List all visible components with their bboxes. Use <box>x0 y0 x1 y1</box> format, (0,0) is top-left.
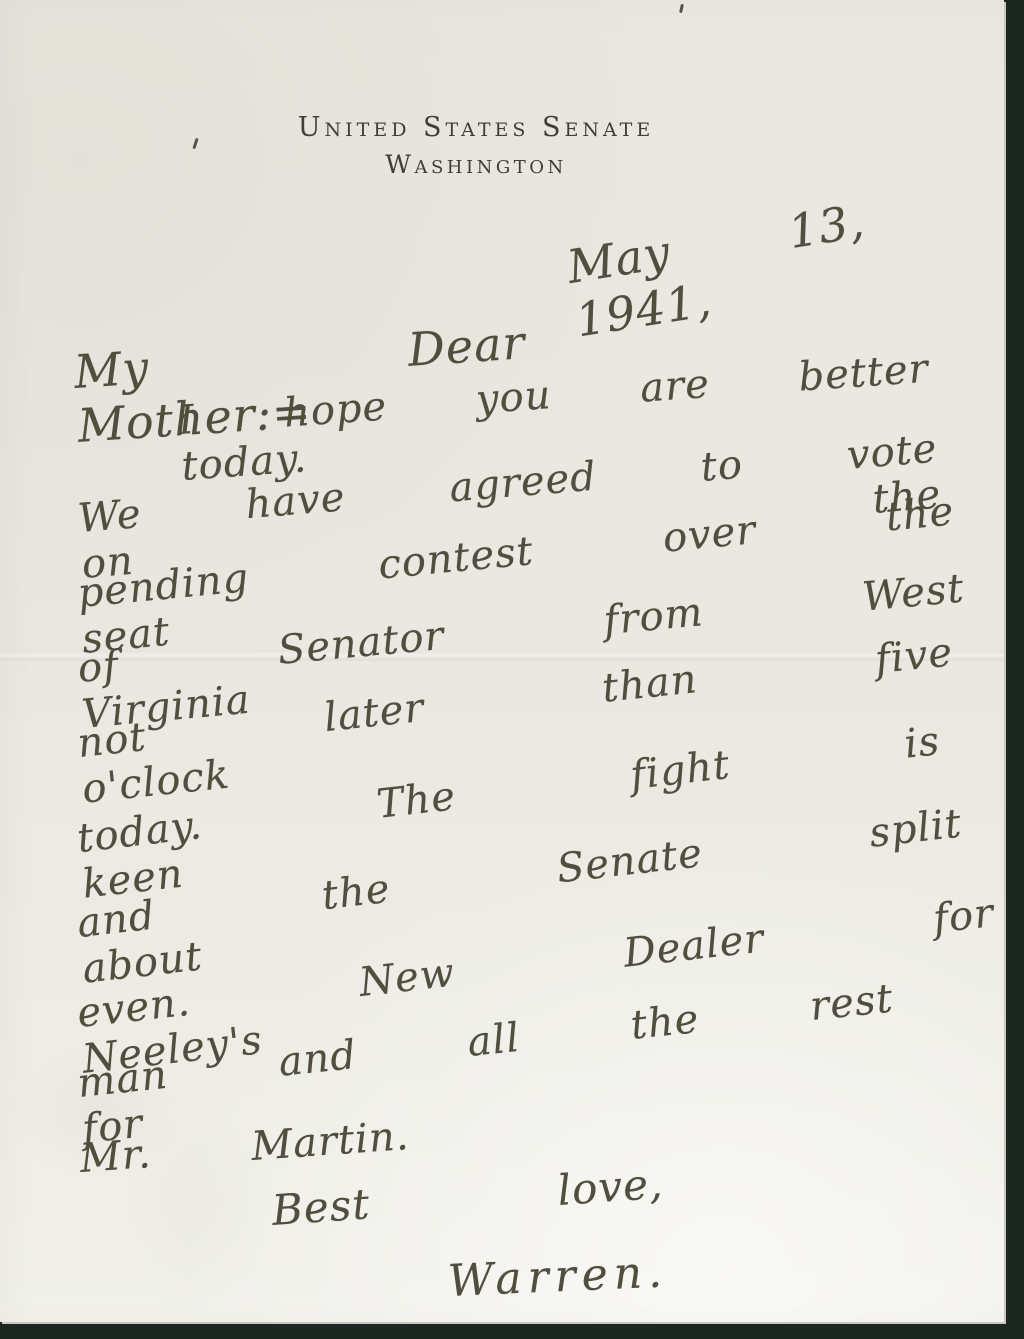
letter-page: United States Senate Washington May 13, … <box>0 0 1004 1322</box>
signature-line: Warren. <box>447 1242 779 1307</box>
letterhead-org-name: United States Senate <box>0 112 952 143</box>
senate-letterhead: United States Senate Washington <box>0 112 952 179</box>
ink-speck <box>679 4 684 13</box>
letterhead-city: Washington <box>0 150 952 179</box>
date-line: May 13, 1941, <box>564 194 877 348</box>
scan-mat: United States Senate Washington May 13, … <box>0 0 1024 1339</box>
